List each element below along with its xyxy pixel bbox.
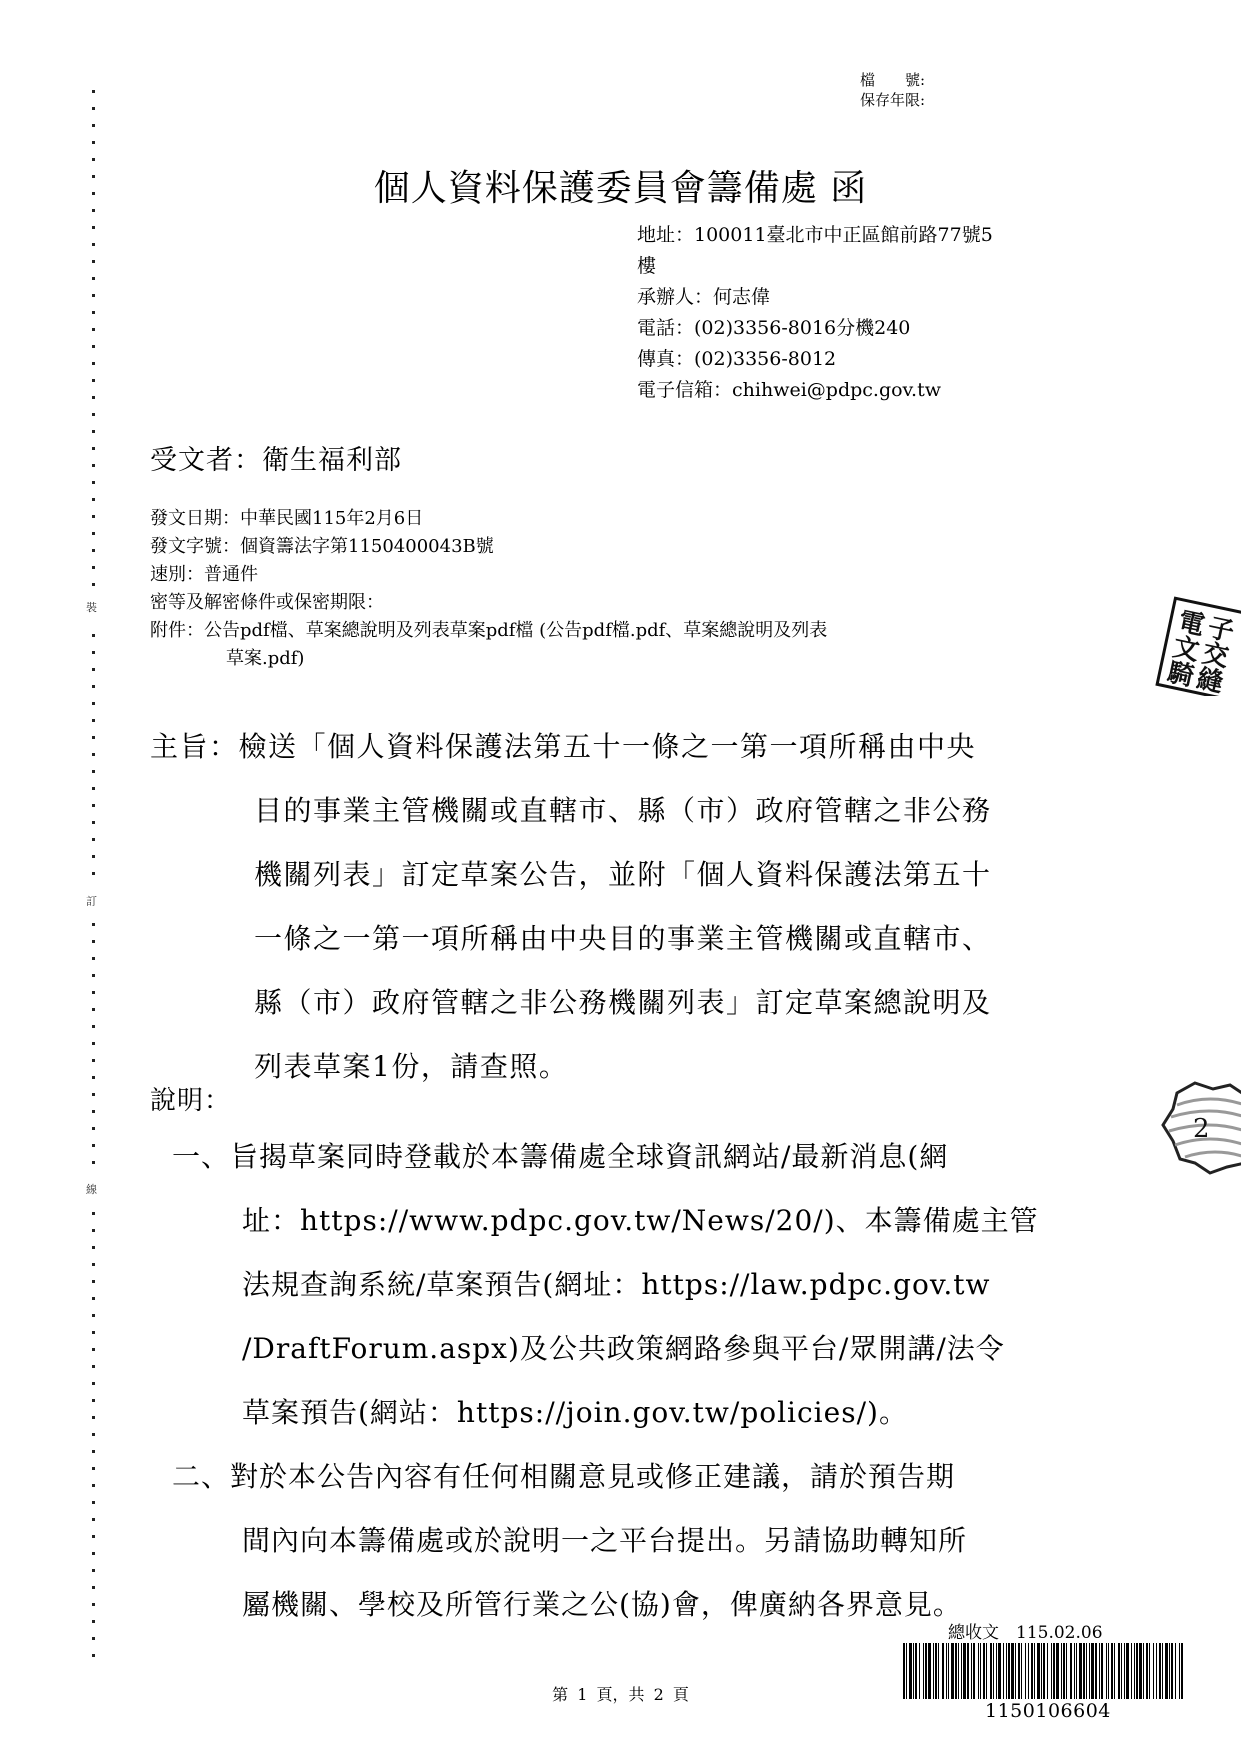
binding-dot (92, 855, 95, 858)
binding-mark: 線 (86, 1183, 97, 1197)
binding-dot (92, 1042, 95, 1045)
binding-dot (92, 702, 95, 705)
binding-dot (92, 396, 95, 399)
explanation-item-2: 二、對於本公告內容有任何相關意見或修正建議，請於預告期 間內向本籌備處或於說明一… (172, 1445, 1039, 1637)
explanation-line: /DraftForum.aspx)及公共政策網路參與平台/眾開講/法令 (172, 1317, 1039, 1381)
explanation-items: 一、旨揭草案同時登載於本籌備處全球資訊網站/最新消息(網 址：https://w… (172, 1125, 1039, 1637)
binding-dot (92, 107, 95, 110)
binding-dot (92, 1552, 95, 1555)
svg-text:縫: 縫 (1194, 663, 1226, 696)
binding-dot (92, 1569, 95, 1572)
binding-dot (92, 447, 95, 450)
attachment-line2: 草案.pdf) (150, 645, 827, 673)
binding-dot (92, 1365, 95, 1368)
binding-dot (92, 1518, 95, 1521)
binding-dot (92, 124, 95, 127)
binding-dot (92, 1229, 95, 1232)
binding-mark: 裝 (86, 601, 97, 615)
binding-dot (92, 1399, 95, 1402)
page-seal-icon: 2 (1155, 1075, 1241, 1175)
file-no-label: 檔 號: (860, 70, 925, 90)
issue-date: 發文日期：中華民國115年2月6日 (150, 505, 827, 533)
subject-line: 一條之一第一項所稱由中央目的事業主管機關或直轄市、 (150, 907, 992, 971)
binding-dot (92, 379, 95, 382)
binding-dot (92, 1297, 95, 1300)
document-meta: 發文日期：中華民國115年2月6日 發文字號：個資籌法字第1150400043B… (150, 505, 827, 673)
explanation-line: 屬機關、學校及所管行業之公(協)會，俾廣納各界意見。 (172, 1573, 1039, 1637)
binding-dot (92, 1144, 95, 1147)
binding-dot (92, 498, 95, 501)
binding-dot (92, 277, 95, 280)
binding-dot (92, 549, 95, 552)
binding-dot (92, 566, 95, 569)
binding-dot (92, 362, 95, 365)
binding-dot (92, 668, 95, 671)
binding-dot (92, 1263, 95, 1266)
retention-label: 保存年限: (860, 90, 925, 110)
delivery-speed: 速別：普通件 (150, 561, 827, 589)
binding-dot (92, 481, 95, 484)
subject-line: 縣（市）政府管轄之非公務機關列表」訂定草案總說明及 (150, 971, 992, 1035)
binding-dot (92, 1433, 95, 1436)
binding-dot (92, 1382, 95, 1385)
file-info: 檔 號: 保存年限: (860, 70, 925, 110)
sender-address-line2: 樓 (637, 251, 1097, 282)
binding-dot (92, 991, 95, 994)
binding-dot (92, 651, 95, 654)
explanation-line: 一、旨揭草案同時登載於本籌備處全球資訊網站/最新消息(網 (172, 1125, 1039, 1189)
binding-dot (92, 923, 95, 926)
binding-dot (92, 243, 95, 246)
explanation-label: 說明： (150, 1080, 231, 1117)
subject-line: 列表草案1份，請查照。 (150, 1035, 992, 1099)
binding-dot (92, 1501, 95, 1504)
binding-dot (92, 1025, 95, 1028)
binding-dot (92, 872, 95, 875)
sender-contact: 承辦人：何志偉 (637, 282, 1097, 313)
binding-dot (92, 328, 95, 331)
binding-dot (92, 1059, 95, 1062)
subject-line: 機關列表」訂定草案公告，並附「個人資料保護法第五十 (150, 843, 992, 907)
binding-dot (92, 634, 95, 637)
binding-mark: 訂 (86, 895, 97, 909)
binding-dot (92, 1008, 95, 1011)
binding-dot (92, 464, 95, 467)
binding-dot (92, 1110, 95, 1113)
binding-dot (92, 974, 95, 977)
binding-dot (92, 1535, 95, 1538)
binding-dot (92, 515, 95, 518)
binding-dot (92, 345, 95, 348)
binding-dot (92, 532, 95, 535)
explanation-item-1: 一、旨揭草案同時登載於本籌備處全球資訊網站/最新消息(網 址：https://w… (172, 1125, 1039, 1445)
binding-dot (92, 821, 95, 824)
subject: 主旨：檢送「個人資料保護法第五十一條之一第一項所稱由中央 目的事業主管機關或直轄… (150, 715, 992, 1099)
binding-dot (92, 1603, 95, 1606)
receipt-stamp: 總收文 115.02.06 (948, 1618, 1103, 1643)
binding-dot (92, 1127, 95, 1130)
svg-text:騎: 騎 (1164, 657, 1197, 692)
binding-dot (92, 1314, 95, 1317)
subject-line: 主旨：檢送「個人資料保護法第五十一條之一第一項所稱由中央 (150, 715, 992, 779)
binding-dot (92, 1280, 95, 1283)
binding-dot (92, 1093, 95, 1096)
binding-dot (92, 260, 95, 263)
binding-dot (92, 1348, 95, 1351)
binding-dot (92, 736, 95, 739)
binding-dot (92, 1586, 95, 1589)
sender-info: 地址：100011臺北市中正區館前路77號5 樓 承辦人：何志偉 電話：(02)… (637, 220, 1097, 406)
binding-dot (92, 1212, 95, 1215)
binding-dot (92, 787, 95, 790)
binding-dot (92, 804, 95, 807)
explanation-line: 間內向本籌備處或於說明一之平台提出。另請協助轉知所 (172, 1509, 1039, 1573)
binding-dot (92, 770, 95, 773)
sender-address-line1: 地址：100011臺北市中正區館前路77號5 (637, 220, 1097, 251)
binding-dot (92, 685, 95, 688)
binding-dot (92, 1076, 95, 1079)
binding-margin: 裝訂線 (86, 90, 102, 1670)
binding-dot (92, 1484, 95, 1487)
svg-text:2: 2 (1193, 1114, 1210, 1144)
electronic-exchange-seal-icon: 電 文 騎 子 交 縫 (1148, 596, 1241, 696)
binding-dot (92, 1161, 95, 1164)
binding-dot (92, 90, 95, 93)
binding-dot (92, 1467, 95, 1470)
binding-dot (92, 583, 95, 586)
binding-dot (92, 430, 95, 433)
recipient: 受文者：衛生福利部 (150, 438, 402, 477)
sender-email: 電子信箱：chihwei@pdpc.gov.tw (637, 375, 1097, 406)
binding-dot (92, 719, 95, 722)
binding-dot (92, 413, 95, 416)
document-number: 發文字號：個資籌法字第1150400043B號 (150, 533, 827, 561)
explanation-line: 草案預告(網站：https://join.gov.tw/policies/)。 (172, 1381, 1039, 1445)
binding-dot (92, 940, 95, 943)
sender-fax: 傳真：(02)3356-8012 (637, 344, 1097, 375)
attachment-line1: 附件：公告pdf檔、草案總說明及列表草案pdf檔 (公告pdf檔.pdf、草案總… (150, 617, 827, 645)
binding-dot (92, 1450, 95, 1453)
binding-dot (92, 957, 95, 960)
explanation-line: 址：https://www.pdpc.gov.tw/News/20/)、本籌備處… (172, 1189, 1039, 1253)
binding-dot (92, 1620, 95, 1623)
binding-dot (92, 1246, 95, 1249)
document-title: 個人資料保護委員會籌備處 函 (0, 160, 1241, 211)
subject-line: 目的事業主管機關或直轄市、縣（市）政府管轄之非公務 (150, 779, 992, 843)
binding-dot (92, 753, 95, 756)
binding-dot (92, 141, 95, 144)
page-number: 第 1 頁，共 2 頁 (0, 1682, 1241, 1705)
binding-dot (92, 294, 95, 297)
binding-dot (92, 1637, 95, 1640)
secrecy-level: 密等及解密條件或保密期限： (150, 589, 827, 617)
explanation-line: 法規查詢系統/草案預告(網址：https://law.pdpc.gov.tw (172, 1253, 1039, 1317)
binding-dot (92, 311, 95, 314)
binding-dot (92, 838, 95, 841)
sender-phone: 電話：(02)3356-8016分機240 (637, 313, 1097, 344)
binding-dot (92, 226, 95, 229)
binding-dot (92, 1331, 95, 1334)
explanation-line: 二、對於本公告內容有任何相關意見或修正建議，請於預告期 (172, 1445, 1039, 1509)
binding-dot (92, 1654, 95, 1657)
binding-dot (92, 1416, 95, 1419)
